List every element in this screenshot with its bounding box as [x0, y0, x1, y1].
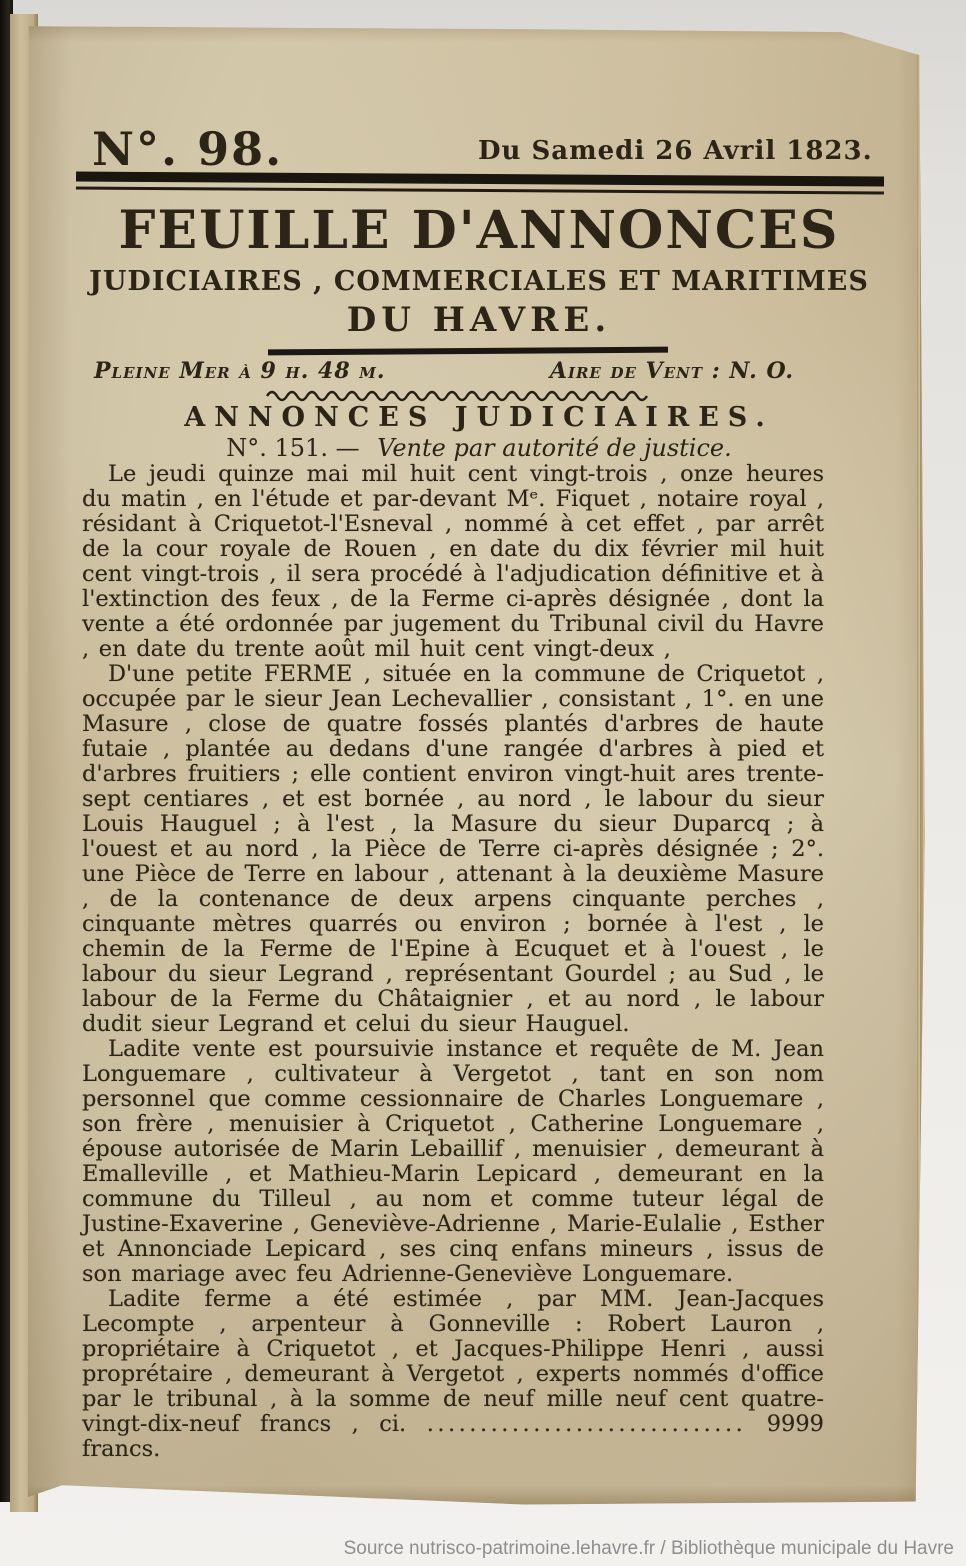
masthead-subtitle: JUDICIAIRES , COMMERCIALES ET MARITIMES	[26, 266, 932, 297]
issue-date: Du Samedi 26 Avril 1823.	[478, 136, 873, 166]
notice-number: N°. 151. —	[226, 434, 359, 462]
wavy-rule	[264, 388, 654, 402]
notice-title-line: N°. 151. — Vente par autorité de justice…	[26, 434, 932, 462]
newspaper-page: N°. 98. Du Samedi 26 Avril 1823. FEUILLE…	[26, 24, 932, 1506]
notice-title: Vente par autorité de justice.	[377, 434, 732, 462]
source-credit: Source nutrisco-patrimoine.lehavre.fr / …	[344, 1538, 954, 1560]
header-double-rule	[76, 172, 884, 195]
issue-number: N°. 98.	[92, 122, 283, 176]
high-tide-time: Pleine Mer à 9 h. 48 m.	[94, 358, 386, 384]
masthead-place: DU HAVRE.	[26, 300, 932, 340]
notice-paragraph: Le jeudi quinze mai mil huit cent vingt-…	[82, 462, 824, 662]
masthead-rule	[268, 347, 668, 356]
notice-paragraph: D'une petite FERME , située en la commun…	[82, 662, 824, 1037]
wind-direction: Aire de Vent : N. O.	[550, 358, 794, 384]
notice-paragraph: Ladite vente est poursuivie instance et …	[82, 1037, 824, 1287]
tide-info-row: Pleine Mer à 9 h. 48 m. Aire de Vent : N…	[94, 358, 794, 384]
notice-paragraph-final: Ladite ferme a été estimée , par MM. Jea…	[82, 1287, 824, 1462]
section-heading: ANNONCES JUDICIAIRES.	[26, 402, 932, 433]
notice-body: Le jeudi quinze mai mil huit cent vingt-…	[82, 462, 824, 1462]
leader-dots: ..............................	[427, 1411, 747, 1437]
masthead-title: FEUILLE D'ANNONCES	[26, 200, 932, 261]
